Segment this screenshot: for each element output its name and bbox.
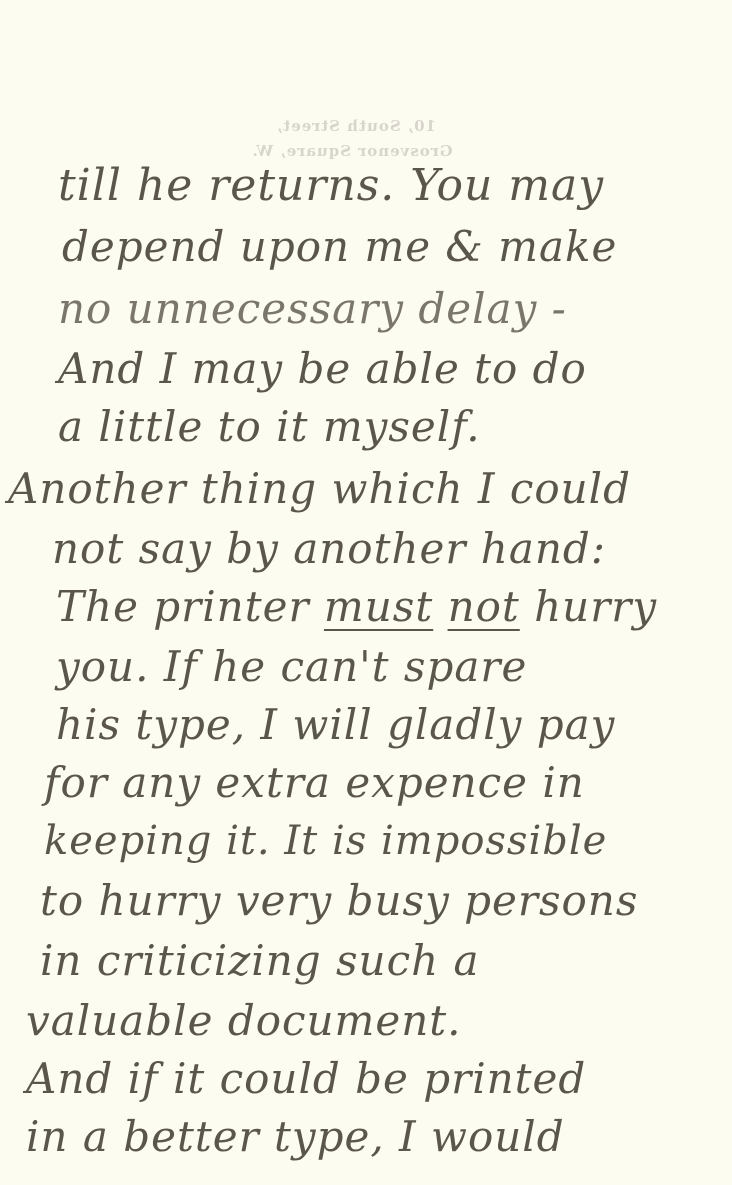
handwriting-line-6: Another thing which I could <box>8 464 631 513</box>
handwriting-line-8: The printer must not hurry <box>56 582 657 631</box>
handwriting-line-7: not say by another hand: <box>52 524 606 573</box>
handwriting-line-15: valuable document. <box>26 996 462 1045</box>
line-8-space <box>433 582 447 631</box>
underlined-word-must: must <box>324 582 433 631</box>
handwriting-line-9: you. If he can't spare <box>56 642 527 691</box>
line-8-start: The printer <box>56 582 324 631</box>
line-8-end: hurry <box>520 582 657 631</box>
underlined-word-not: not <box>448 582 520 631</box>
handwriting-line-2: depend upon me & make <box>62 222 617 271</box>
handwriting-line-3: no unnecessary delay - <box>58 284 567 333</box>
handwriting-line-13: to hurry very busy persons <box>40 876 638 925</box>
handwriting-line-12: keeping it. It is impossible <box>44 818 607 864</box>
handwriting-line-4: And I may be able to do <box>58 344 587 393</box>
letter-page: 10, South Street, Grosvenor Square, W. t… <box>0 0 732 1185</box>
letterhead-address-line1: 10, South Street, <box>0 117 732 135</box>
handwriting-line-17: in a better type, I would <box>26 1112 565 1161</box>
handwriting-line-14: in criticizing such a <box>40 936 480 985</box>
handwriting-line-10: his type, I will gladly pay <box>56 700 615 749</box>
handwriting-line-5: a little to it myself. <box>58 402 481 451</box>
handwriting-line-16: And if it could be printed <box>26 1054 586 1103</box>
letterhead-address-line2: Grosvenor Square, W. <box>0 142 732 160</box>
handwriting-line-11: for any extra expence in <box>44 758 585 807</box>
handwriting-line-1: till he returns. You may <box>58 160 604 211</box>
